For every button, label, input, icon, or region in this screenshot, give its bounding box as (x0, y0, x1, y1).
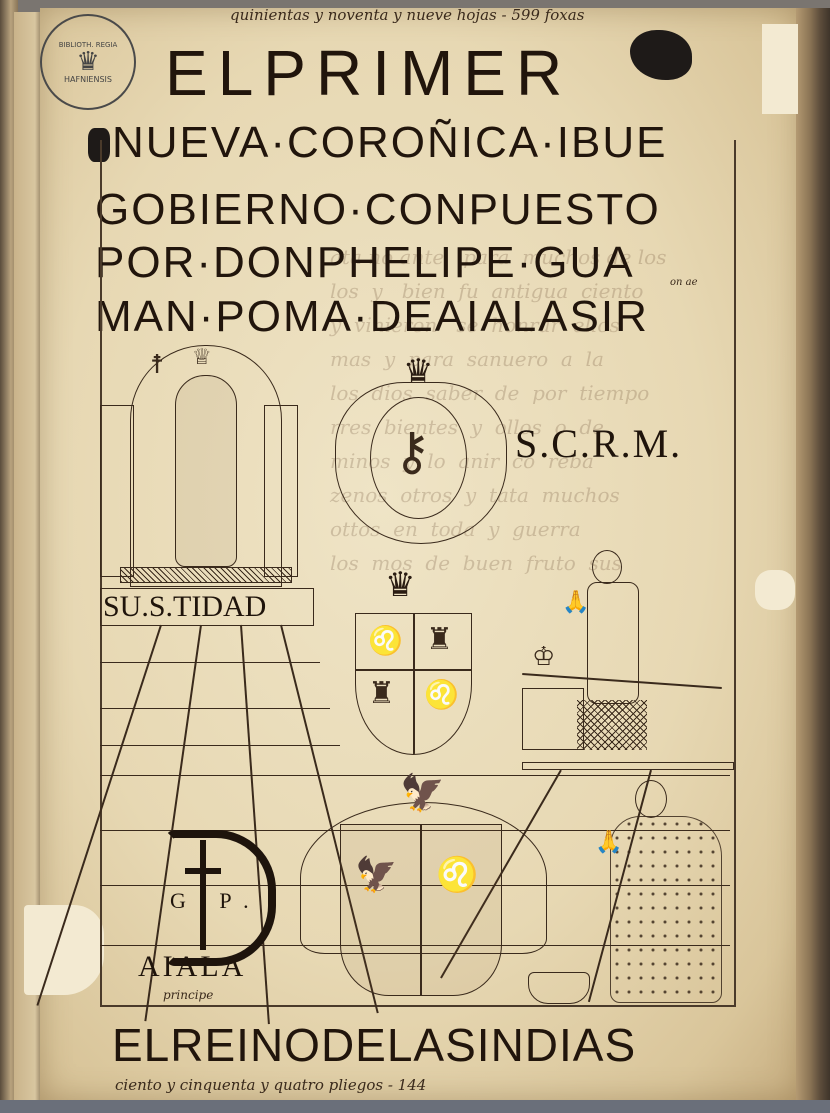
praying-hands-icon: 🙏 (562, 590, 589, 615)
scan-bottom-border (0, 1100, 830, 1113)
praying-hands-icon: 🙏 (595, 830, 622, 855)
kneeling-king-illustration: 🙏 ♔ (522, 550, 732, 770)
royal-crown-icon: ♛ (385, 565, 415, 605)
torn-patch (755, 570, 795, 610)
papal-tiara-icon: ♕ (192, 345, 212, 370)
manuscript-scan: ata no ante para muchos de los los y bie… (0, 0, 830, 1113)
author-robe-icon (610, 816, 722, 1003)
monogram-letters: G.P. (170, 888, 263, 914)
crown-icon: ♛ (76, 49, 99, 75)
eagle-icon: 🦅 (355, 855, 397, 895)
pope-figure-icon (175, 375, 237, 567)
scrm-dedication: S.C.R.M. (515, 420, 682, 467)
papal-arms-illustration: ♛ ⚷ (335, 352, 505, 542)
right-page-edges (796, 8, 830, 1108)
quartered-shield: ♌ ♜ ♜ ♌ (355, 613, 472, 755)
eagle-arms-illustration: 🦅 🦅 ♌ (300, 772, 545, 1012)
lion-rampant-icon: ♌ (436, 855, 478, 895)
footer-title: ELREINODELASINDIAS (112, 1018, 636, 1072)
monogram-subtitle: principe (163, 988, 213, 1002)
title-line-1: ELPRIMER (165, 36, 572, 110)
eagle-shield: 🦅 ♌ (340, 824, 502, 996)
library-stamp: BIBLIOTH. REGIA ♛ HAFNIENSIS (40, 14, 136, 110)
floor-grid-line (100, 662, 320, 663)
monogram-cross-bar (185, 868, 221, 874)
crown-on-altar-icon: ♔ (532, 642, 555, 672)
lion-icon: ♌ (424, 678, 459, 711)
top-folio-annotation: quinientas y noventa y nueve hojas - 599… (230, 6, 584, 24)
castle-icon: ♜ (426, 622, 453, 657)
king-body-icon (587, 582, 639, 704)
pope-caption: SU.S.TIDAD (100, 588, 314, 626)
king-head-icon (592, 550, 622, 584)
papal-cross-icon: ☨ (150, 350, 164, 380)
stamp-bottom-text: HAFNIENSIS (64, 75, 112, 84)
pope-enthroned-illustration: ♕ ☨ (100, 345, 308, 585)
eagle-head-icon: 🦅 (400, 772, 445, 814)
dais-line (522, 762, 734, 770)
author-head-icon (635, 780, 667, 818)
hat-icon (528, 972, 590, 1004)
floor-grid-line (100, 745, 340, 746)
castile-leon-arms-illustration: ♛ ♌ ♜ ♜ ♌ (325, 565, 500, 760)
lion-icon: ♌ (368, 624, 403, 657)
throne-pillar-left (100, 405, 134, 577)
torn-patch (762, 24, 798, 114)
throne-step (120, 567, 292, 583)
altar (522, 688, 584, 750)
cushion (577, 700, 647, 750)
castle-icon: ♜ (368, 676, 395, 711)
cartouche-frame (335, 382, 507, 544)
kneeling-author-illustration: 🙏 (590, 780, 740, 1005)
bottom-folio-annotation: ciento y cinquenta y quatro pliegos - 14… (115, 1076, 426, 1094)
monogram-name: AIALA (138, 950, 246, 984)
